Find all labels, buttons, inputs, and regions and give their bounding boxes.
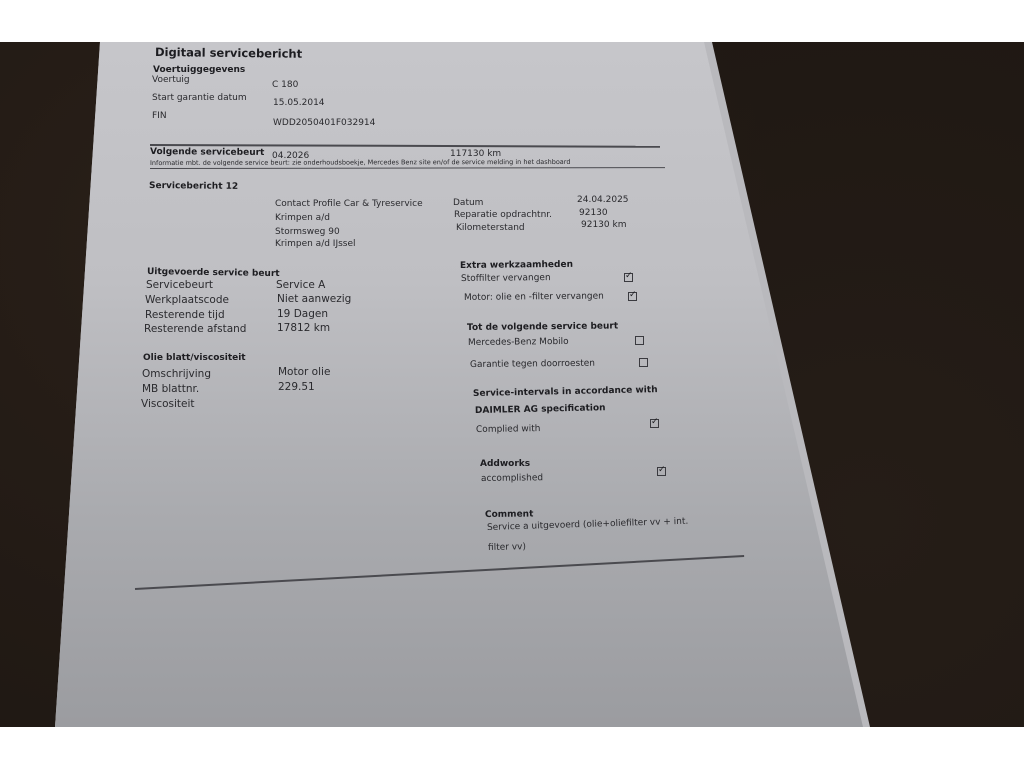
addworks-heading: Addworks [480, 459, 530, 469]
workshop-code-label: Werkplaatscode [145, 294, 229, 306]
workshop-code-value: Niet aanwezig [277, 293, 351, 305]
warranty-start-value: 15.05.2014 [273, 98, 325, 108]
fin-label: FIN [152, 111, 167, 121]
performed-service-heading: Uitgevoerde service beurt [147, 267, 280, 279]
checkbox-addworks[interactable]: ✓ [657, 467, 666, 476]
repair-order-value: 92130 [579, 208, 608, 218]
oil-heading: Olie blatt/viscositeit [143, 353, 246, 363]
document-title: Digitaal servicebericht [155, 45, 302, 61]
workshop-street: Stormsweg 90 [275, 227, 340, 237]
remaining-distance-label: Resterende afstand [144, 323, 246, 335]
checkbox-intervals[interactable]: ✓ [650, 419, 659, 428]
oil-spec-label: MB blattnr. [142, 383, 199, 395]
extra-work-heading: Extra werkzaamheden [460, 260, 573, 271]
next-service-label: Volgende servicebeurt [150, 147, 264, 158]
checkbox-rust-warranty[interactable] [639, 358, 648, 367]
checkbox-mobilo[interactable] [635, 336, 644, 345]
workshop-line: Krimpen a/d [275, 213, 330, 223]
extra-work-item-label: Motor: olie en -filter vervangen [464, 292, 604, 303]
odometer-label: Kilometerstand [456, 223, 525, 233]
service-type-label: Servicebeurt [146, 279, 213, 291]
comment-heading: Comment [485, 509, 533, 520]
workshop-city: Krimpen a/d IJssel [275, 239, 356, 249]
remaining-time-label: Resterende tijd [145, 309, 225, 321]
until-next-item-label: Garantie tegen doorroesten [470, 359, 595, 370]
next-service-info: Informatie mbt. de volgende service beur… [150, 158, 571, 167]
vehicle-label: Voertuig [152, 75, 190, 85]
oil-description-label: Omschrijving [142, 368, 211, 380]
service-report-heading: Servicebericht 12 [149, 181, 238, 192]
checkbox-oil-filter[interactable]: ✓ [628, 292, 637, 301]
viscosity-label: Viscositeit [141, 398, 195, 410]
date-label: Datum [453, 198, 483, 208]
checkbox-stoffilter[interactable]: ✓ [624, 273, 633, 282]
oil-spec-value: 229.51 [278, 381, 315, 393]
checkmark-icon: ✓ [629, 289, 637, 301]
date-value: 24.04.2025 [577, 195, 629, 205]
vehicle-section-heading: Voertuiggegevens [153, 65, 245, 75]
until-next-item-label: Mercedes-Benz Mobilo [468, 337, 569, 348]
workshop-name: Contact Profile Car & Tyreservice [275, 199, 423, 209]
photo: Digitaal servicebericht Voertuiggegevens… [0, 42, 1024, 727]
oil-description-value: Motor olie [278, 366, 330, 378]
until-next-heading: Tot de volgende service beurt [467, 321, 618, 333]
warranty-start-label: Start garantie datum [152, 93, 247, 103]
checkmark-icon: ✓ [625, 270, 633, 282]
service-type-value: Service A [276, 279, 325, 291]
vehicle-value: C 180 [272, 80, 298, 90]
fin-value: WDD2050401F032914 [273, 118, 375, 128]
repair-order-label: Reparatie opdrachtnr. [454, 210, 552, 220]
intervals-label: Complied with [476, 424, 541, 435]
odometer-value: 92130 km [581, 220, 626, 230]
addworks-label: accomplished [481, 473, 543, 484]
remaining-time-value: 19 Dagen [277, 308, 328, 320]
checkmark-icon: ✓ [651, 416, 659, 428]
comment-line-2: filter vv) [488, 542, 526, 553]
checkmark-icon: ✓ [658, 464, 666, 476]
remaining-distance-value: 17812 km [277, 322, 330, 334]
extra-work-item-label: Stoffilter vervangen [461, 273, 551, 284]
